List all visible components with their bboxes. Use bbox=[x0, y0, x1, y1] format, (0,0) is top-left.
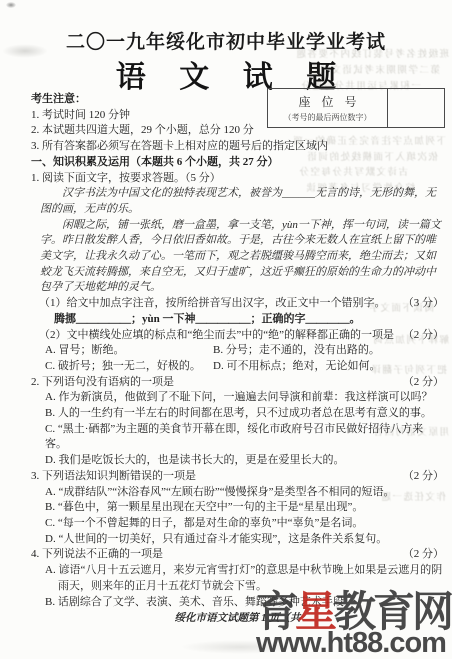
scanned-exam-page: 班级姓名考号装订线内不要答题 第二学期期末考试语文试卷 一积累与运用共分每题分 … bbox=[0, 0, 452, 659]
question1-score: （5 分） bbox=[185, 172, 221, 184]
exam-title: 二〇一九年绥化市初中毕业学业考试 bbox=[0, 27, 452, 54]
scan-speck bbox=[6, 2, 16, 8]
question4-option-b: B. 话剧综合了文学、表演、美术、音乐、舞蹈等多种艺术手段 bbox=[45, 595, 444, 611]
option-a: A. 冒号；断绝。 bbox=[45, 343, 213, 359]
question4-option-a: A. 谚语“八月十五云遮月，来岁元宵雪打灯”的意思是中秋节晚上如果是云遮月的阴雨… bbox=[45, 563, 444, 594]
question1-sub1-text: （1）给文中加点字注音，按所给拼音写出汉字，改正文中一个错别字。 bbox=[39, 296, 386, 312]
question1-stem: 1. 阅读下面文字，按要求答题。 bbox=[31, 172, 185, 184]
notice-heading: 考生注意： bbox=[31, 92, 444, 108]
exam-body: 考生注意： 1. 考试时间 120 分钟 2. 本试题共四道大题，29 个小题，… bbox=[0, 92, 452, 627]
question4-score: （2 分） bbox=[403, 547, 444, 563]
question1-sub2-line: （2）文中横线处应填的标点和“绝尘而去”中的“绝”的解释都正确的一项是 （2 分… bbox=[39, 328, 444, 344]
question3-option-c: C. “每一个不曾起舞的日子，都是对生命的辜负”中“辜负”是名词。 bbox=[45, 516, 444, 532]
notice-item-1: 1. 考试时间 120 分钟 bbox=[31, 108, 444, 124]
reading-passage-paragraph-2: 闲暇之际，铺一张纸，磨一盒墨，拿一支笔，yùn一下神，挥一句词，读一篇文字。昨日… bbox=[40, 218, 446, 297]
question4-stem: 4. 下列说法不正确的一项是 bbox=[31, 547, 163, 563]
section1-heading: 一、知识积累及运用（本题共 6 个小题，共 27 分） bbox=[31, 155, 444, 171]
question1-sub1-fill-blanks: 腾挪＿＿＿＿＿；yùn 一下神＿＿＿＿＿；正确的字＿＿＿＿。 bbox=[54, 312, 444, 328]
notice-item-2: 2. 本试题共四道大题，29 个小题，总分 120 分 bbox=[31, 123, 444, 139]
question3-option-d: D. “人世间的一切美好，只有通过奋斗才能实现”，这是条件关系复句。 bbox=[45, 532, 444, 548]
question2-stem: 2. 下列语句没有语病的一项是 bbox=[31, 375, 174, 391]
option-d: D. 可不用标点；绝对，无论如何。 bbox=[213, 359, 444, 375]
question1-stem-line: 1. 阅读下面文字，按要求答题。（5 分） bbox=[31, 171, 444, 187]
page-footer: 绥化市语文试题第 1 页（共 bbox=[31, 611, 444, 627]
question2-score: （2 分） bbox=[403, 375, 444, 391]
question3-option-b: B. “暮色中，第一颗星星出现在天空中”一句的主干是“星星出现”。 bbox=[45, 500, 444, 516]
question4-stem-line: 4. 下列说法不正确的一项是 （2 分） bbox=[31, 547, 444, 563]
question2-option-d: D. 我们是吃饭长大的，也是读书长大的，更是在爱里长大的。 bbox=[45, 453, 444, 469]
question1-sub2-text: （2）文中横线处应填的标点和“绝尘而去”中的“绝”的解释都正确的一项是 bbox=[39, 328, 394, 344]
watermark-url: www.ht88.com bbox=[256, 629, 451, 658]
question3-option-a: A. “成群结队”“沐浴春风”“左顾右盼”“慢慢探身”是类型各不相同的短语。 bbox=[45, 485, 444, 501]
question1-sub1-line: （1）给文中加点字注音，按所给拼音写出汉字，改正文中一个错别字。 （3 分） bbox=[39, 296, 444, 312]
scan-smudge bbox=[180, 640, 300, 654]
question2-option-a: A. 作为新演员，他做到了不耻下问，一遍遍去问导演和前辈：我这样演可以吗？ bbox=[45, 390, 444, 406]
question3-stem-line: 3. 下列语法知识判断错误的一项是 （2 分） bbox=[31, 469, 444, 485]
question3-score: （2 分） bbox=[403, 469, 444, 485]
option-c: C. 破折号；独一无二，好极的。 bbox=[45, 359, 213, 375]
question1-sub1-score: （3 分） bbox=[403, 296, 444, 312]
question2-stem-line: 2. 下列语句没有语病的一项是 （2 分） bbox=[31, 375, 444, 391]
question1-sub2-score: （2 分） bbox=[403, 328, 444, 344]
question2-option-b: B. 人的一生约有一半左右的时间都在思考，只不过成功者总在思考有意义的事。 bbox=[45, 406, 444, 422]
question1-sub2-options-row2: C. 破折号；独一无二，好极的。 D. 可不用标点；绝对，无论如何。 bbox=[45, 359, 444, 375]
notice-item-3: 3. 所有答案都必须写在答题卡上相对应的题号后的指定区域内 bbox=[31, 139, 444, 155]
question2-option-c: C. “黑土·硒都”为主题的美食节开幕在即，绥化市政府号召市民做好招待八方来客。 bbox=[45, 422, 444, 453]
question1-sub2-options-row1: A. 冒号；断绝。 B. 分号；走不通的，没有出路的。 bbox=[45, 343, 444, 359]
option-b: B. 分号；走不通的，没有出路的。 bbox=[213, 343, 444, 359]
reading-passage-paragraph-1: 汉字书法为中国文化的独特表现艺术，被誉为______无言的诗，无形的舞，无图的画… bbox=[40, 186, 446, 217]
question3-stem: 3. 下列语法知识判断错误的一项是 bbox=[31, 469, 196, 485]
